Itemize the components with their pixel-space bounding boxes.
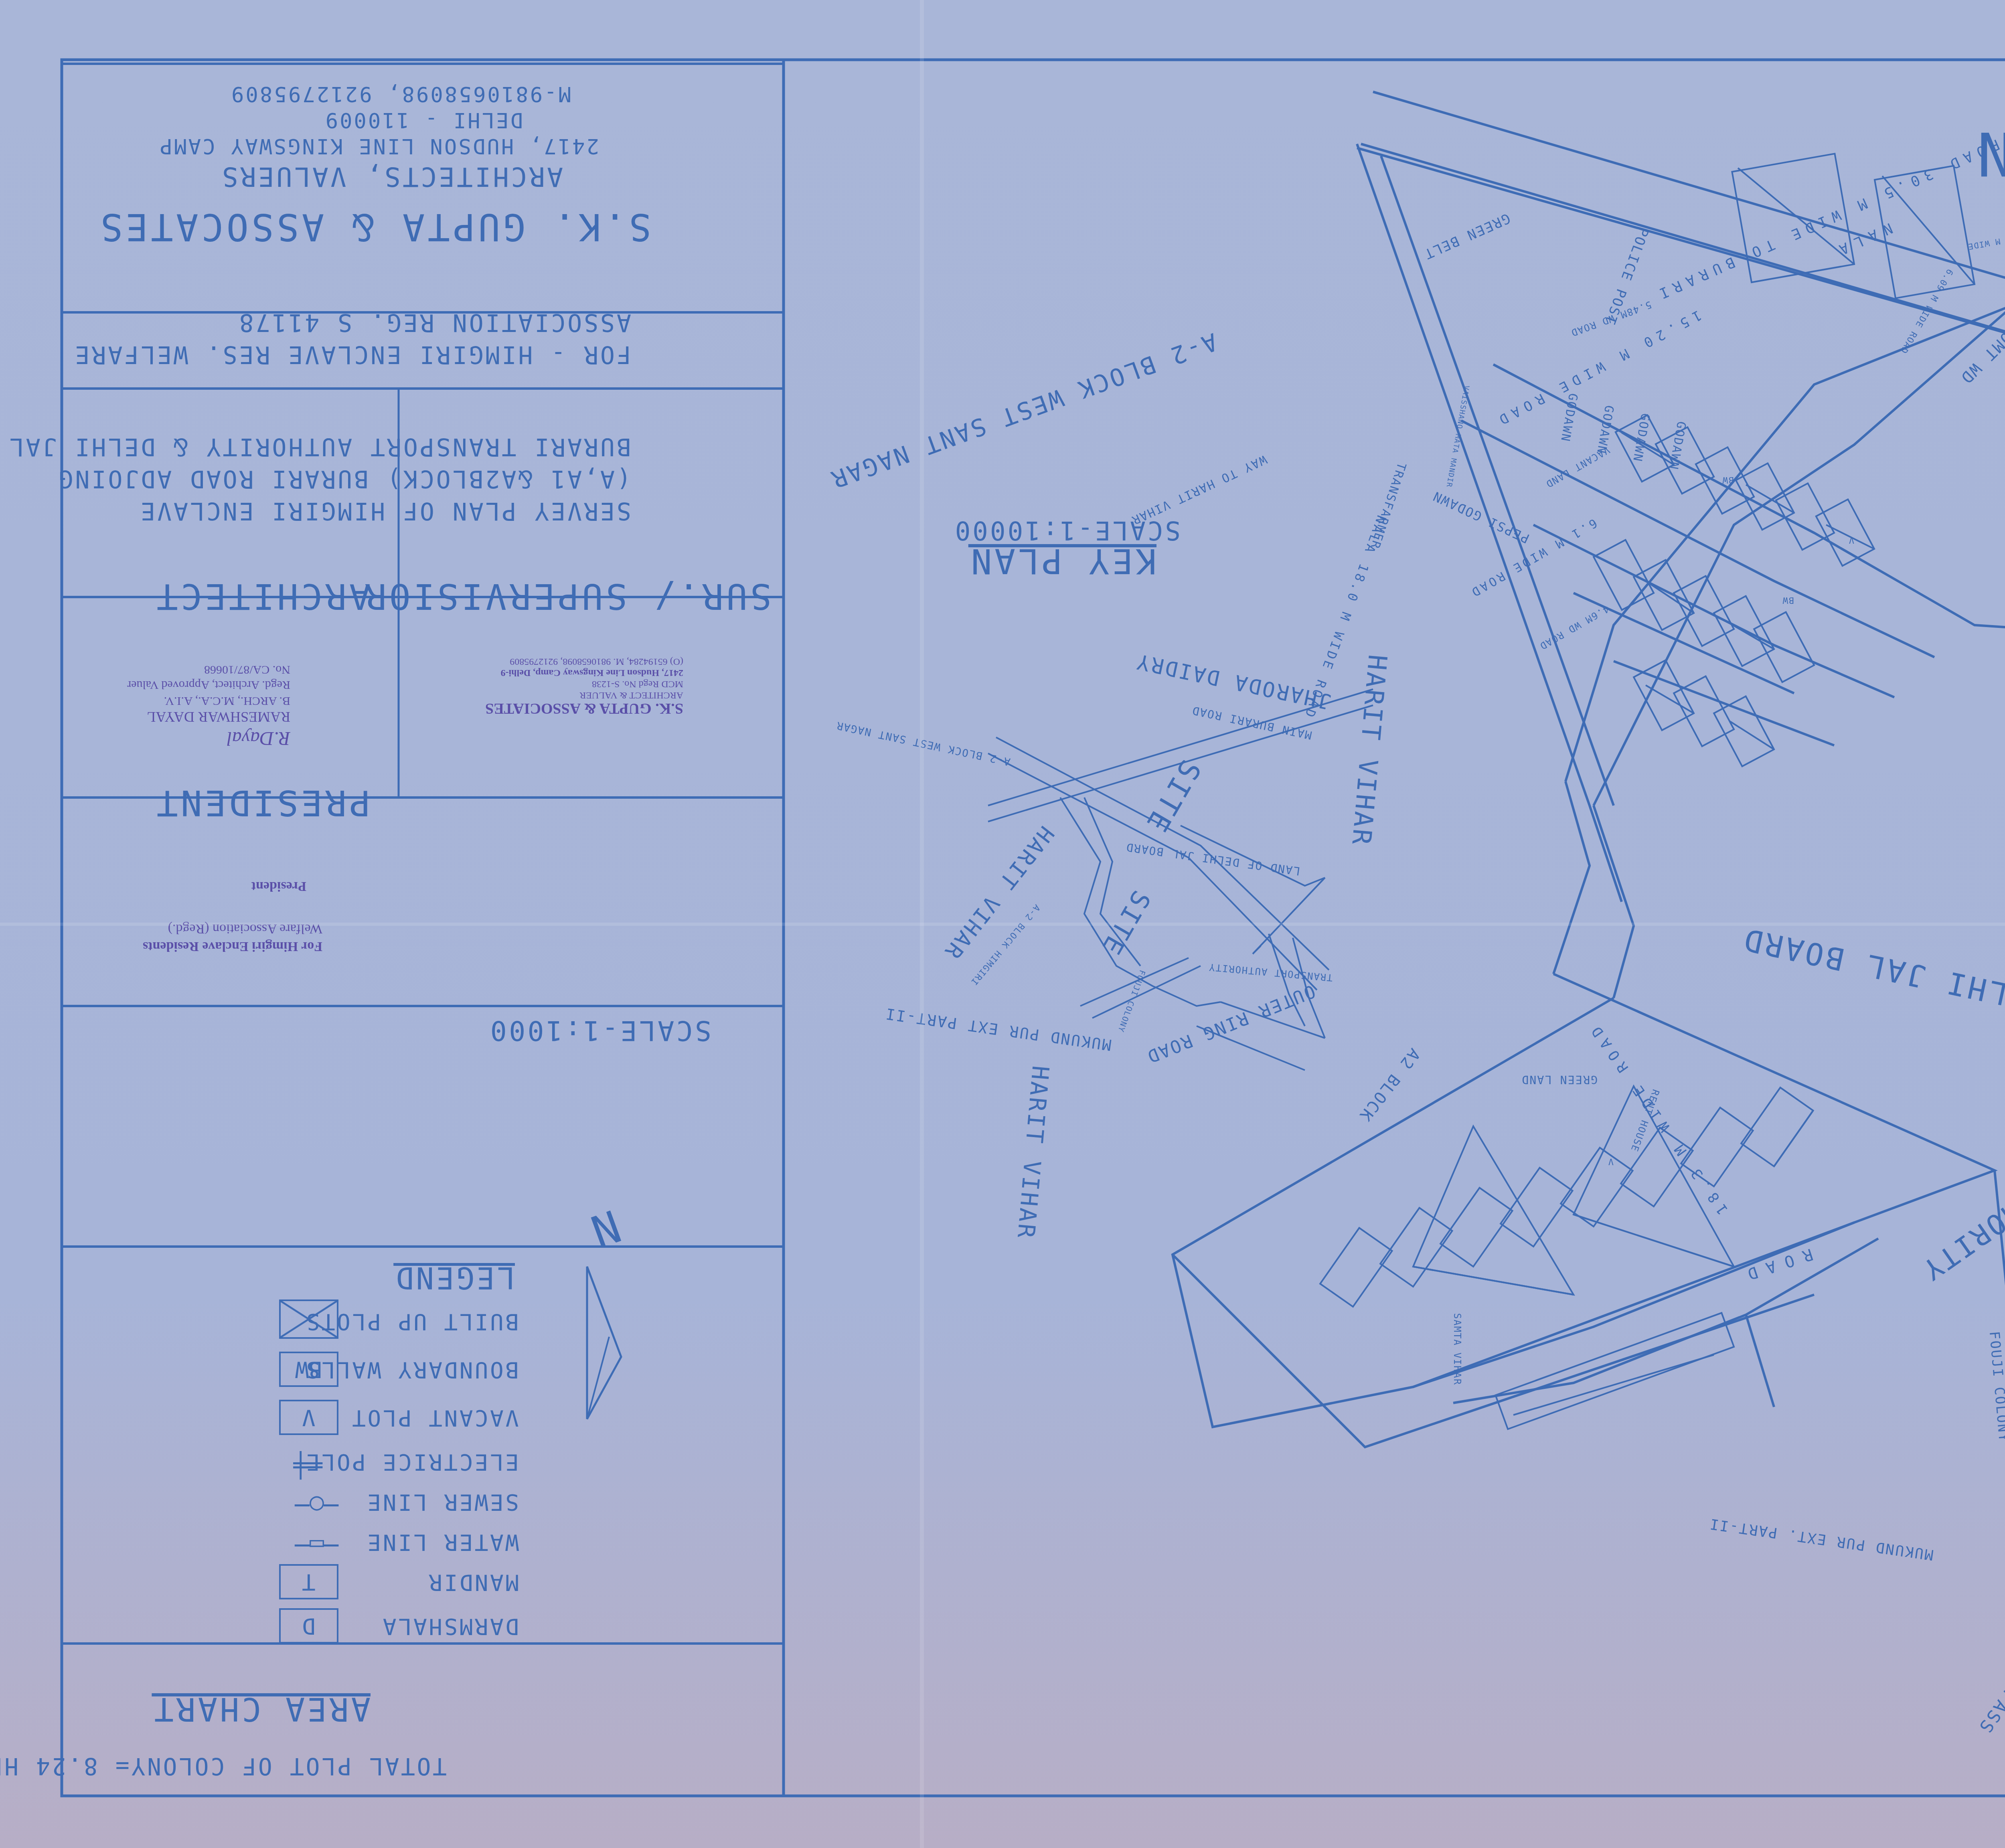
- surveyor-stamp-line5: (O) 65194284, M. 9810658098, 9212795809: [510, 656, 683, 667]
- president-label: PRESIDENT: [154, 782, 371, 824]
- scale-label: SCALE-1:1000: [488, 1014, 711, 1046]
- surveyor-label: SUR./ SUPERVISIOR: [363, 576, 772, 617]
- architect-label: ARCHITECT: [154, 576, 371, 617]
- firm-line1: ARCHITECTS, VALUERS: [220, 161, 563, 192]
- firm-line3: DELHI - 110009: [324, 108, 523, 132]
- president-stamp-line1: For Himgiri Enclave Residents: [143, 939, 322, 954]
- sewer-line-icon: ─○─: [295, 1491, 338, 1519]
- project-line5: ASSOCIATION REG. S 41178: [237, 308, 631, 336]
- area-chart-total: TOTAL PLOT OF COLONY= 8.24 HECT: [0, 1753, 447, 1780]
- plot-bw-label: BW: [1722, 475, 1734, 485]
- architect-stamp-line1: RAMESHWAR DAYAL: [147, 708, 290, 725]
- project-line1: SERVEY PLAN OF HIMGIRI ENCLAVE: [139, 497, 631, 525]
- vacant-plot-icon: V: [279, 1400, 338, 1435]
- blueprint-sheet: SERVEY PLAN S.K. GUPTA & ASSOCATES ARCHI…: [0, 0, 2005, 1848]
- legend-label: SEWER LINE: [366, 1489, 519, 1515]
- firm-name: S.K. GUPTA & ASSOCATES: [98, 205, 651, 248]
- label-samta-vihar: SAMTA VIHAR: [1452, 1313, 1463, 1385]
- legend-label: DARMSHALA: [381, 1613, 519, 1640]
- firm-line2: 2417, HUDSON LINE KINGSWAY CAMP: [158, 134, 599, 158]
- area-chart-title: AREA CHART: [152, 1690, 371, 1728]
- key-plan-map: [988, 689, 1373, 1070]
- project-line2: (A,A1 &A2BLOCK) BURARI ROAD ADJOING: [57, 465, 631, 493]
- legend-label: BUILT UP PLOTS: [304, 1309, 519, 1335]
- legend-label: MANDIR: [427, 1569, 519, 1595]
- surveyor-stamp-line4: 2417, Hudson Line Kingsway Camp, Delhi-9: [501, 667, 683, 678]
- architect-signature: R.Dayal: [227, 727, 290, 749]
- drawing-rotated: SERVEY PLAN S.K. GUPTA & ASSOCATES ARCHI…: [0, 0, 2005, 1848]
- president-stamp-line3: President: [251, 878, 306, 894]
- water-line-icon: ─▭─: [295, 1531, 338, 1559]
- architect-stamp-line3: Regd. Architect, Approved Valuer: [127, 678, 290, 692]
- legend: LEGEND BUILT UP PLOTS BW BOUNDARY WALLS …: [130, 1251, 611, 1652]
- architect-stamp-line4: No. CA/87/10668: [204, 663, 290, 676]
- mandir-icon: T: [279, 1564, 338, 1599]
- surveyor-stamp-line2: ARCHITECT & VALUER: [579, 690, 683, 700]
- plot-v-label: V: [1848, 535, 1854, 545]
- darmshala-icon: D: [279, 1608, 338, 1644]
- legend-label: VACANT PLOT: [350, 1405, 519, 1431]
- legend-label: ELECTRICE POLE: [304, 1449, 519, 1475]
- legend-label: BOUNDARY WALLS: [304, 1357, 519, 1383]
- plot-v-label: V: [1608, 1156, 1614, 1166]
- label-green-land: GREEN LAND: [1521, 1073, 1598, 1086]
- surveyor-stamp-line3: MCD Regd No. S-1238: [592, 678, 683, 689]
- project-line4: FOR - HIMGIRI ENCLAVE RES. WELFARE: [73, 340, 631, 368]
- firm-phone: M-9810658098, 9212795809: [230, 82, 571, 106]
- key-plan-title: KEY PLAN: [968, 541, 1156, 581]
- surveyor-stamp-line1: S.K. GUPTA & ASSOCIATES: [485, 700, 683, 717]
- fold-line: [0, 923, 2005, 926]
- legend-title: LEGEND: [393, 1260, 515, 1295]
- architect-stamp-line2: B. ARCH., M.C.A., A.I.V.: [164, 694, 290, 708]
- legend-label: WATER LINE: [366, 1529, 519, 1555]
- project-line3: BURARI TRANSPORT AUTHORITY & DELHI JAL B…: [0, 433, 631, 461]
- main-map: [1173, 92, 2005, 1748]
- plot-bw-label: BW: [1782, 595, 1794, 605]
- plots-upper: [1594, 154, 2005, 766]
